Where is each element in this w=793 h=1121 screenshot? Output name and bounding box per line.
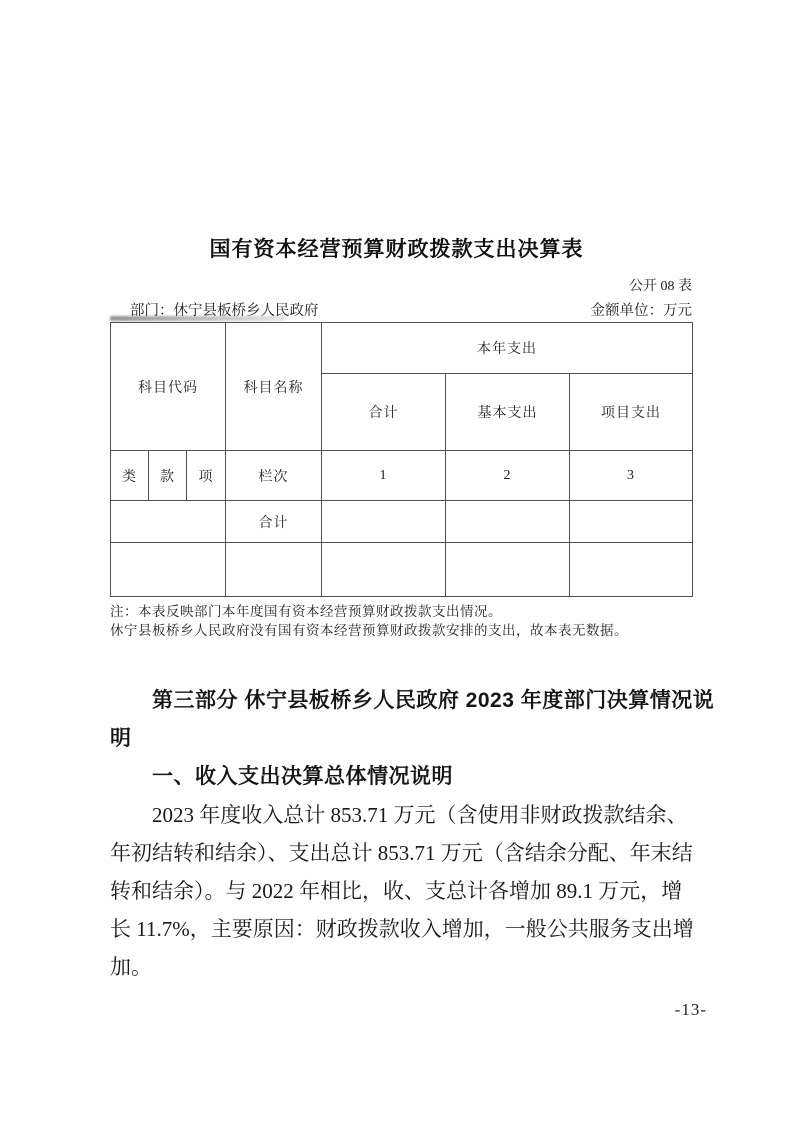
empty-row-name-cell: [226, 543, 322, 597]
paragraph-line: 加。: [110, 948, 694, 986]
table-header-row-1: 科目代码 科目名称 本年支出: [111, 323, 693, 374]
page-number: -13-: [675, 1000, 707, 1020]
header-current-year-expenditure: 本年支出: [322, 323, 693, 374]
section-heading-line-1: 第三部分 休宁县板桥乡人民政府 2023 年度部门决算情况说: [110, 682, 720, 720]
section-heading-part3: 第三部分 休宁县板桥乡人民政府 2023 年度部门决算情况说 明: [110, 682, 720, 758]
table-notes: 注：本表反映部门本年度国有资本经营预算财政拨款支出情况。 休宁县板桥乡人民政府没…: [110, 603, 692, 640]
table-total-row: 合计: [111, 501, 693, 543]
index-col-2: 2: [446, 451, 570, 501]
subsection-heading-income-expenditure: 一、收入支出决算总体情况说明: [110, 758, 694, 796]
note-line-1: 注：本表反映部门本年度国有资本经营预算财政拨款支出情况。: [110, 603, 692, 622]
header-total: 合计: [322, 374, 446, 451]
paragraph-line: 2023 年度收入总计 853.71 万元（含使用非财政拨款结余、: [110, 796, 694, 834]
empty-row-basic-cell: [446, 543, 570, 597]
empty-row-total-cell: [322, 543, 446, 597]
total-row-code-cell: [111, 501, 226, 543]
header-subject-code: 科目代码: [111, 323, 226, 451]
paragraph-line: 转和结余）。与 2022 年相比，收、支总计各增加 89.1 万元，增: [110, 872, 694, 910]
empty-row-project-cell: [570, 543, 693, 597]
document-title: 国有资本经营预算财政拨款支出决算表: [0, 233, 793, 263]
unit-label: 金额单位：万元: [591, 299, 693, 320]
table-empty-row: [111, 543, 693, 597]
header-subject-name: 科目名称: [226, 323, 322, 451]
index-class: 类: [111, 451, 149, 501]
index-item: 项: [187, 451, 226, 501]
total-row-project-value: [570, 501, 693, 543]
total-row-basic-value: [446, 501, 570, 543]
table-index-row: 类 款 项 栏次 1 2 3: [111, 451, 693, 501]
paragraph-line: 年初结转和结余）、支出总计 853.71 万元（含结余分配、年末结: [110, 834, 694, 872]
expenditure-table: 科目代码 科目名称 本年支出 合计 基本支出 项目支出 类 款 项 栏次 1 2…: [110, 322, 693, 597]
total-row-label: 合计: [226, 501, 322, 543]
index-col-1: 1: [322, 451, 446, 501]
header-basic-expenditure: 基本支出: [446, 374, 570, 451]
scan-artifact: [110, 316, 285, 321]
empty-row-code-cell: [111, 543, 226, 597]
index-section: 款: [149, 451, 187, 501]
form-number-label: 公开 08 表: [110, 275, 692, 295]
overview-paragraph: 2023 年度收入总计 853.71 万元（含使用非财政拨款结余、 年初结转和结…: [110, 796, 694, 986]
index-col-3: 3: [570, 451, 693, 501]
note-line-2: 休宁县板桥乡人民政府没有国有资本经营预算财政拨款安排的支出，故本表无数据。: [110, 622, 692, 641]
header-project-expenditure: 项目支出: [570, 374, 693, 451]
paragraph-line: 长 11.7%，主要原因：财政拨款收入增加，一般公共服务支出增: [110, 910, 694, 948]
document-page: 国有资本经营预算财政拨款支出决算表 公开 08 表 部门：休宁县板桥乡人民政府 …: [0, 0, 793, 1121]
section-heading-line-2: 明: [110, 720, 720, 758]
index-column-label: 栏次: [226, 451, 322, 501]
total-row-total-value: [322, 501, 446, 543]
